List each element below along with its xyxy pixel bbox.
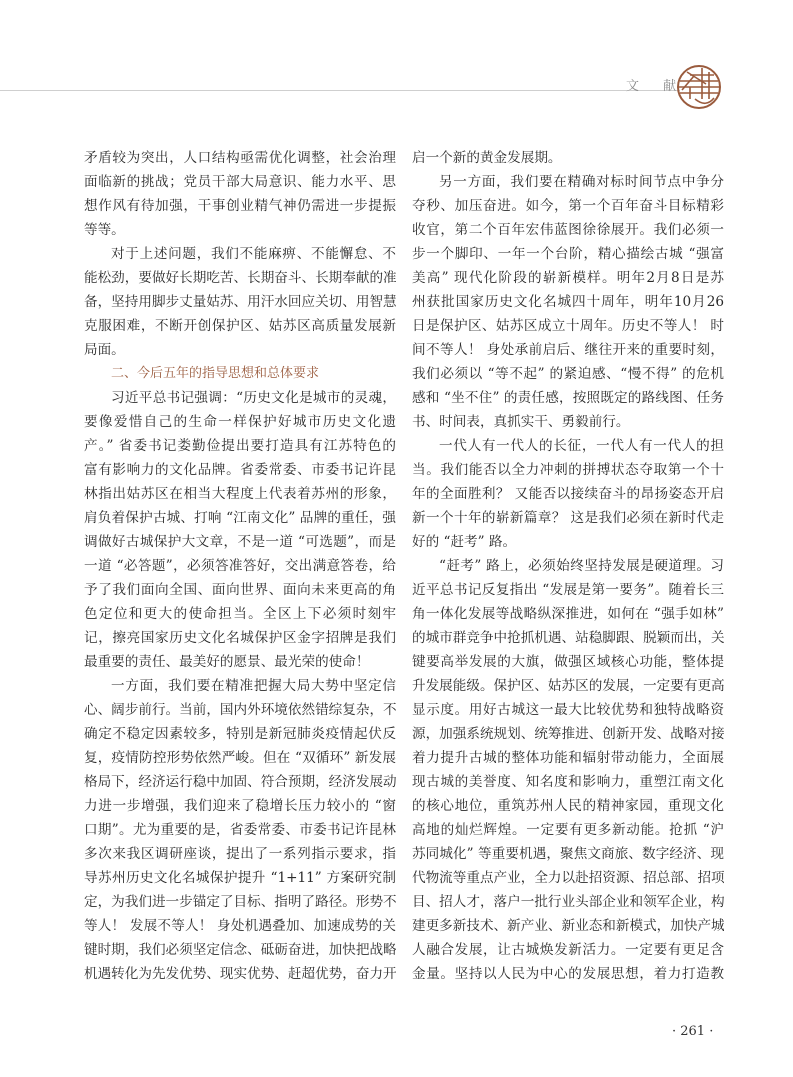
- text-line: 对于上述问题，我们不能麻痹、不能懈怠、不: [84, 242, 396, 266]
- text-line: 夺秒、加压奋进。如今，第一个百年奋斗目标精彩: [412, 194, 724, 218]
- text-line: 的城市群竞争中抢抓机遇、站稳脚跟、脱颖而出，关: [412, 626, 724, 650]
- text-line: 备，坚持用脚步丈量姑苏、用汗水回应关切、用智慧: [84, 290, 396, 314]
- text-line: 年的全面胜利？ 又能否以接续奋斗的昂扬姿态开启: [412, 482, 724, 506]
- text-line: 记，擦亮国家历史文化名城保护区金字招牌是我们: [84, 626, 396, 650]
- text-line: 感和 “坐不住” 的责任感，按照既定的路线图、任务: [412, 386, 724, 410]
- text-line: 美高” 现代化阶段的崭新模样。明年2月8日是苏: [412, 266, 724, 290]
- text-line: 角一体化发展等战略纵深推进，如何在 “强手如林”: [412, 602, 724, 626]
- text-line: 予了我们面向全国、面向世界、面向未来更高的角: [84, 578, 396, 602]
- text-line: 源，加强系统规划、统筹推进、创新开发、战略对接，: [412, 722, 724, 746]
- left-column: 矛盾较为突出，人口结构亟需优化调整，社会治理面临新的挑战；党员干部大局意识、能力…: [84, 146, 396, 986]
- text-line: “赶考” 路上，必须始终坚持发展是硬道理。习: [412, 554, 724, 578]
- text-line: 一道 “必答题”，必须答准答好，交出满意答卷，给: [84, 554, 396, 578]
- text-line: 导苏州历史文化名城保护提升 “1+11” 方案研究制: [84, 866, 396, 890]
- text-line: 书、时间表，真抓实干、勇毅前行。: [412, 410, 724, 434]
- text-line: 人融合发展，让古城焕发新活力。一定要有更足含: [412, 938, 724, 962]
- text-line: 想作风有待加强，干事创业精气神仍需进一步提振: [84, 194, 396, 218]
- text-line: 代物流等重点产业，全力以赴招资源、招总部、招项: [412, 866, 724, 890]
- text-line: 金量。坚持以人民为中心的发展思想，着力打造教: [412, 962, 724, 986]
- text-line: 一代人有一代人的长征，一代人有一代人的担: [412, 434, 724, 458]
- text-line: 等人！ 发展不等人！ 身处机遇叠加、加速成势的关: [84, 914, 396, 938]
- text-line: 目、招人才，落户一批行业头部企业和领军企业，构: [412, 890, 724, 914]
- text-line: 心、阔步前行。当前，国内外环境依然错综复杂，不: [84, 698, 396, 722]
- text-line: 苏同城化” 等重要机遇，聚焦文商旅、数字经济、现: [412, 842, 724, 866]
- text-line: 键要高举发展的大旗，做强区域核心功能，整体提: [412, 650, 724, 674]
- page-number: · 261 ·: [672, 1024, 713, 1039]
- text-line: 复，疫情防控形势依然严峻。但在 “双循环” 新发展: [84, 746, 396, 770]
- text-line: 习近平总书记强调：“历史文化是城市的灵魂，: [84, 386, 396, 410]
- text-line: 确定不稳定因素较多，特别是新冠肺炎疫情起伏反: [84, 722, 396, 746]
- text-line: 另一方面，我们要在精确对标时间节点中争分: [412, 170, 724, 194]
- text-line: 我们必须以 “等不起” 的紧迫感、“慢不得” 的危机: [412, 362, 724, 386]
- text-line: 克服困难，不断开创保护区、姑苏区高质量发展新: [84, 314, 396, 338]
- text-line: 新一个十年的崭新篇章？ 这是我们必须在新时代走: [412, 506, 724, 530]
- text-line: 当。我们能否以全力冲刺的拼搏状态夺取第一个十: [412, 458, 724, 482]
- right-column: 启一个新的黄金发展期。另一方面，我们要在精确对标时间节点中争分夺秒、加压奋进。如…: [412, 146, 724, 986]
- decorative-seal-icon: [676, 64, 722, 110]
- text-line: 格局下，经济运行稳中加固、符合预期，经济发展动: [84, 770, 396, 794]
- text-line: 要像爱惜自己的生命一样保护好城市历史文化遗: [84, 410, 396, 434]
- text-line: 口期”。尤为重要的是，省委常委、市委书记许昆林: [84, 818, 396, 842]
- text-line: 收官，第二个百年宏伟蓝图徐徐展开。我们必须一: [412, 218, 724, 242]
- text-line: 定，为我们进一步锚定了目标、指明了路径。形势不: [84, 890, 396, 914]
- text-line: 力进一步增强，我们迎来了稳增长压力较小的 “窗: [84, 794, 396, 818]
- header-rule: [0, 90, 680, 91]
- text-line: 键时期，我们必须坚定信念、砥砺奋进，加快把战略: [84, 938, 396, 962]
- text-line: 启一个新的黄金发展期。: [412, 146, 724, 170]
- text-line: 机遇转化为先发优势、现实优势、赶超优势，奋力开: [84, 962, 396, 986]
- text-line: 面临新的挑战；党员干部大局意识、能力水平、思: [84, 170, 396, 194]
- text-line: 现古城的美誉度、知名度和影响力，重塑江南文化: [412, 770, 724, 794]
- text-line: 步一个脚印、一年一个台阶，精心描绘古城 “强富: [412, 242, 724, 266]
- text-line: 肩负着保护古城、打响 “江南文化” 品牌的重任，强: [84, 506, 396, 530]
- text-line: 色定位和更大的使命担当。全区上下必须时刻牢: [84, 602, 396, 626]
- text-line: 富有影响力的文化品牌。省委常委、市委书记许昆: [84, 458, 396, 482]
- text-line: 一方面，我们要在精准把握大局大势中坚定信: [84, 674, 396, 698]
- text-line: 最重要的责任、最美好的愿景、最光荣的使命！: [84, 650, 396, 674]
- text-line: 产。” 省委书记娄勤俭提出要打造具有江苏特色的: [84, 434, 396, 458]
- text-line: 局面。: [84, 338, 396, 362]
- text-line: 显示度。用好古城这一最大比较优势和独特战略资: [412, 698, 724, 722]
- text-line: 日是保护区、姑苏区成立十周年。历史不等人！ 时: [412, 314, 724, 338]
- text-line: 州获批国家历史文化名城四十周年，明年10月26: [412, 290, 724, 314]
- text-line: 高地的灿烂辉煌。一定要有更多新动能。抢抓 “沪: [412, 818, 724, 842]
- text-line: 近平总书记反复指出 “发展是第一要务”。随着长三: [412, 578, 724, 602]
- section-heading: 二、今后五年的指导思想和总体要求: [84, 362, 396, 386]
- text-line: 调做好古城保护大文章，不是一道 “可选题”，而是: [84, 530, 396, 554]
- text-line: 着力提升古城的整体功能和辐射带动能力，全面展: [412, 746, 724, 770]
- text-line: 升发展能级。保护区、姑苏区的发展，一定要有更高: [412, 674, 724, 698]
- text-line: 矛盾较为突出，人口结构亟需优化调整，社会治理: [84, 146, 396, 170]
- text-line: 多次来我区调研座谈，提出了一系列指示要求，指: [84, 842, 396, 866]
- text-line: 能松劲，要做好长期吃苦、长期奋斗、长期奉献的准: [84, 266, 396, 290]
- text-line: 间不等人！ 身处承前启后、继往开来的重要时刻，: [412, 338, 724, 362]
- text-line: 等等。: [84, 218, 396, 242]
- text-line: 林指出姑苏区在相当大程度上代表着苏州的形象，: [84, 482, 396, 506]
- text-line: 的核心地位，重筑苏州人民的精神家园，重现文化: [412, 794, 724, 818]
- text-line: 好的 “赶考” 路。: [412, 530, 724, 554]
- text-line: 建更多新技术、新产业、新业态和新模式，加快产城: [412, 914, 724, 938]
